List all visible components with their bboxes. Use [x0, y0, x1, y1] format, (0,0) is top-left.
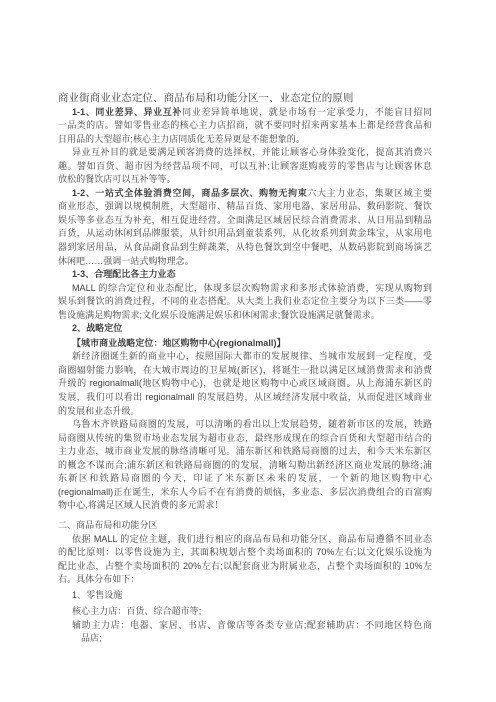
text-segment: 辅助主力店：电器、家居、书店、音像店等各类专业店;配套辅助店：不同地区特色商: [72, 620, 432, 630]
text-line: 升级的 regionalmall(地区购物中心)，也就是地区购物中心或区域商圈。…: [58, 377, 432, 391]
text-line: 配比业态，占整个卖场面积的 20%左右;以配套商业为附属业态，占整个卖场面积的 …: [58, 560, 432, 574]
text-segment: 发展，我们可以看出 regionalmall 的发展趋势，从区域经济发展中收益，…: [58, 392, 432, 402]
bold-text-segment: 2、战略定位: [72, 323, 122, 333]
bold-text-segment: 【城市商业战略定位：地区购物中心(regionalmall)】: [72, 338, 286, 348]
text-segment: 商业街商业业态定位、商品布局和功能分区一、业态定位的原则: [58, 92, 353, 104]
text-segment: 的概念不谋而合;浦东新区和铁路局商圈的的发展，清晰勾勒出新经济区商业发展的脉络;…: [58, 460, 432, 470]
text-line: 发展，我们可以看出 regionalmall 的发展趋势，从区域经济发展中收益，…: [58, 391, 432, 405]
text-line: 商圈辐射能力影响，在大城市周边的卫星城(新区)，将诞生一批以满足区域消费需求和消…: [58, 364, 432, 378]
text-line: 【城市商业战略定位：地区购物中心(regionalmall)】: [58, 337, 432, 351]
text-line: 品店;: [58, 632, 432, 646]
text-segment: 一品类的店。譬如零售业态的核心主力店招商，就不要同时招来两家基本上都是经营食品和: [58, 120, 432, 130]
text-segment: 售设施满足购物需求;文化娱乐设施满足娱乐和休闲需求;餐饮设施满足就餐需求。: [58, 310, 380, 320]
text-segment: 的发展和业态升级。: [58, 406, 139, 416]
text-segment: 器到家居用品，从食品副食品到生鲜蔬菜，从特色餐饮到空中餐吧，从数码影院到商场演艺: [58, 242, 432, 252]
text-line: 1、零售设施: [58, 589, 432, 603]
text-line: 的发展和业态升级。: [58, 405, 432, 419]
text-segment: 东新区和铁路局商圈的今天，印证了米东新区未来的发展，一个新的地区购物中心: [58, 473, 432, 483]
document-title: 商业街商业业态定位、商品布局和功能分区一、业态定位的原则: [58, 92, 432, 106]
text-line: 东新区和铁路局商圈的今天，印证了米东新区未来的发展，一个新的地区购物中心: [58, 472, 432, 486]
text-line: 放松的餐饮店可以互补等等。: [58, 173, 432, 187]
text-segment: 品店;: [81, 633, 102, 643]
text-line: 二、商品布局和功能分区: [58, 519, 432, 533]
text-line: 物中心,将满足区域人民消费的多元需求！: [58, 499, 432, 513]
text-segment: 配比业态，占整个卖场面积的 20%左右;以配套商业为附属业态，占整个卖场面积的 …: [58, 561, 432, 571]
text-line: 1-3、合理配比各主力业态: [58, 268, 432, 282]
text-segment: 物中心,将满足区域人民消费的多元需求！: [58, 500, 223, 510]
document-content: 商业街商业业态定位、商品布局和功能分区一、业态定位的原则1-1、同业差异、异业互…: [58, 92, 432, 646]
text-segment: (regionalmall)正在诞生，米东人今后不在有消费的烦恼，多业态、多层次…: [58, 487, 432, 497]
text-segment: 升级的 regionalmall(地区购物中心)，也就是地区购物中心或区域商圈。…: [58, 378, 432, 388]
text-segment: 的配比原则：以零售设施为主，其面积规划占整个卖场面积的 70%左右;以文化娱乐设…: [58, 547, 432, 557]
text-segment: 依据 MALL 的定位主题，我们进行相应的商品布局和功能分区，商品布局遵循不同业…: [72, 534, 432, 544]
text-line: (regionalmall)正在诞生，米东人今后不在有消费的烦恼，多业态、多层次…: [58, 486, 432, 500]
text-line: 百货，从运动休闲到品牌服装，从针织用品到童装系列，从化妆系列到黄金珠宝，从家用电: [58, 227, 432, 241]
text-line: 的概念不谋而合;浦东新区和铁路局商圈的的发展，清晰勾勒出新经济区商业发展的脉络;…: [58, 459, 432, 473]
text-line: 核心主力店：百货、综合超市等;: [58, 605, 432, 619]
text-segment: 主力业态，城市商业发展的脉络清晰可见。浦东新区和铁路局商圈的过去，和今天米东新区: [58, 446, 432, 456]
text-line: 右。具体分布如下：: [58, 573, 432, 587]
text-line: 娱乐等多业态互为补充，相互促进经营。全面满足区域居民综合消费需求、从日用品到精品: [58, 214, 432, 228]
text-line: 新经济圈诞生新的商业中心，按照国际大都市的发展规律、当城市发展到一定程度，受: [58, 350, 432, 364]
text-segment: 百货，从运动休闲到品牌服装，从针织用品到童装系列，从化妆系列到黄金珠宝，从家用电: [58, 228, 432, 238]
text-segment: 同业差异简单地说，就是市场有一定承受力，不能盲目招同: [182, 107, 432, 117]
text-line: 娱乐到餐饮的消费过程，不同的业态搭配。从大类上我们业态定位主要分为以下三类——零: [58, 295, 432, 309]
text-line: 1-2、一站式全体验消费空间，商品多层次、购物无拘束六大主力业态，集聚区域主要: [58, 187, 432, 201]
text-segment: 商圈辐射能力影响，在大城市周边的卫星城(新区)，将诞生一批以满足区域消费需求和消…: [58, 365, 432, 375]
text-segment: 核心主力店：百货、综合超市等;: [72, 606, 201, 616]
text-segment: 新经济圈诞生新的商业中心，按照国际大都市的发展规律、当城市发展到一定程度，受: [72, 351, 432, 361]
text-segment: 商业形态，强调以规模制胜，大型超市、精品百货、家用电器、家居用品、数码影院、餐饮: [58, 201, 432, 211]
text-line: 售设施满足购物需求;文化娱乐设施满足娱乐和休闲需求;餐饮设施满足就餐需求。: [58, 309, 432, 323]
text-line: 趣。譬如百货、超市因为经营品项不同，可以互补;让顾客逛购疲劳的零售店与让顾客休息: [58, 160, 432, 174]
text-line: 异业互补目的就是要满足顾客消费的选择权，并能让顾客心身体验变化，提高其消费兴: [58, 146, 432, 160]
text-segment: MALL 的综合定位和业态配比，体现多层次购物需求和多形式体验消费，实现从购物到: [72, 283, 432, 293]
text-line: 局商圈从传统的集贸市场业态发展为超市业态，最终形成现在的综合百货和大型超市结合的: [58, 432, 432, 446]
text-line: 商业形态，强调以规模制胜，大型超市、精品百货、家用电器、家居用品、数码影院、餐饮: [58, 200, 432, 214]
text-segment: 二、商品布局和功能分区: [58, 520, 158, 530]
text-segment: 娱乐到餐饮的消费过程，不同的业态搭配。从大类上我们业态定位主要分为以下三类——零: [58, 296, 432, 306]
text-segment: 乌鲁木齐铁路局商圈的发展，可以清晰的看出以上发展趋势，随着新市区的发展，铁路: [72, 419, 432, 429]
text-segment: 日用品的大型超市;核心主力店同质化无差异更是不能想象的。: [58, 134, 305, 144]
bold-text-segment: 1-3、合理配比各主力业态: [72, 269, 176, 279]
text-line: 辅助主力店：电器、家居、书店、音像店等各类专业店;配套辅助店：不同地区特色商: [58, 619, 432, 633]
text-segment: 右。具体分布如下：: [58, 574, 139, 584]
text-line: 一品类的店。譬如零售业态的核心主力店招商，就不要同时招来两家基本上都是经营食品和: [58, 119, 432, 133]
text-segment: 娱乐等多业态互为补充，相互促进经营。全面满足区域居民综合消费需求、从日用品到精品: [58, 215, 432, 225]
text-line: 2、战略定位: [58, 322, 432, 336]
text-segment: 休闲吧……强调一站式购物理念。: [58, 256, 194, 266]
text-segment: 放松的餐饮店可以互补等等。: [58, 174, 176, 184]
text-line: 依据 MALL 的定位主题，我们进行相应的商品布局和功能分区，商品布局遵循不同业…: [58, 533, 432, 547]
text-line: 1-1、同业差异、异业互补同业差异简单地说，就是市场有一定承受力，不能盲目招同: [58, 106, 432, 120]
text-line: 休闲吧……强调一站式购物理念。: [58, 255, 432, 269]
text-line: 乌鲁木齐铁路局商圈的发展，可以清晰的看出以上发展趋势，随着新市区的发展，铁路: [58, 418, 432, 432]
text-segment: 1、零售设施: [72, 590, 122, 600]
text-line: 器到家居用品，从食品副食品到生鲜蔬菜，从特色餐饮到空中餐吧，从数码影院到商场演艺: [58, 241, 432, 255]
text-line: 日用品的大型超市;核心主力店同质化无差异更是不能想象的。: [58, 133, 432, 147]
text-segment: 趣。譬如百货、超市因为经营品项不同，可以互补;让顾客逛购疲劳的零售店与让顾客休息: [58, 161, 432, 171]
text-segment: 异业互补目的就是要满足顾客消费的选择权，并能让顾客心身体验变化，提高其消费兴: [72, 147, 432, 157]
text-segment: 六大主力业态，集聚区域主要: [307, 188, 432, 198]
bold-text-segment: 1-2、一站式全体验消费空间，商品多层次、购物无拘束: [72, 188, 307, 198]
document-page: 商业街商业业态定位、商品布局和功能分区一、业态定位的原则1-1、同业差异、异业互…: [0, 0, 496, 702]
text-segment: 局商圈从传统的集贸市场业态发展为超市业态，最终形成现在的综合百货和大型超市结合的: [58, 433, 432, 443]
text-line: 的配比原则：以零售设施为主，其面积规划占整个卖场面积的 70%左右;以文化娱乐设…: [58, 546, 432, 560]
text-line: MALL 的综合定位和业态配比，体现多层次购物需求和多形式体验消费，实现从购物到: [58, 282, 432, 296]
text-line: 主力业态，城市商业发展的脉络清晰可见。浦东新区和铁路局商圈的过去，和今天米东新区: [58, 445, 432, 459]
bold-text-segment: 1-1、同业差异、异业互补: [72, 107, 182, 117]
